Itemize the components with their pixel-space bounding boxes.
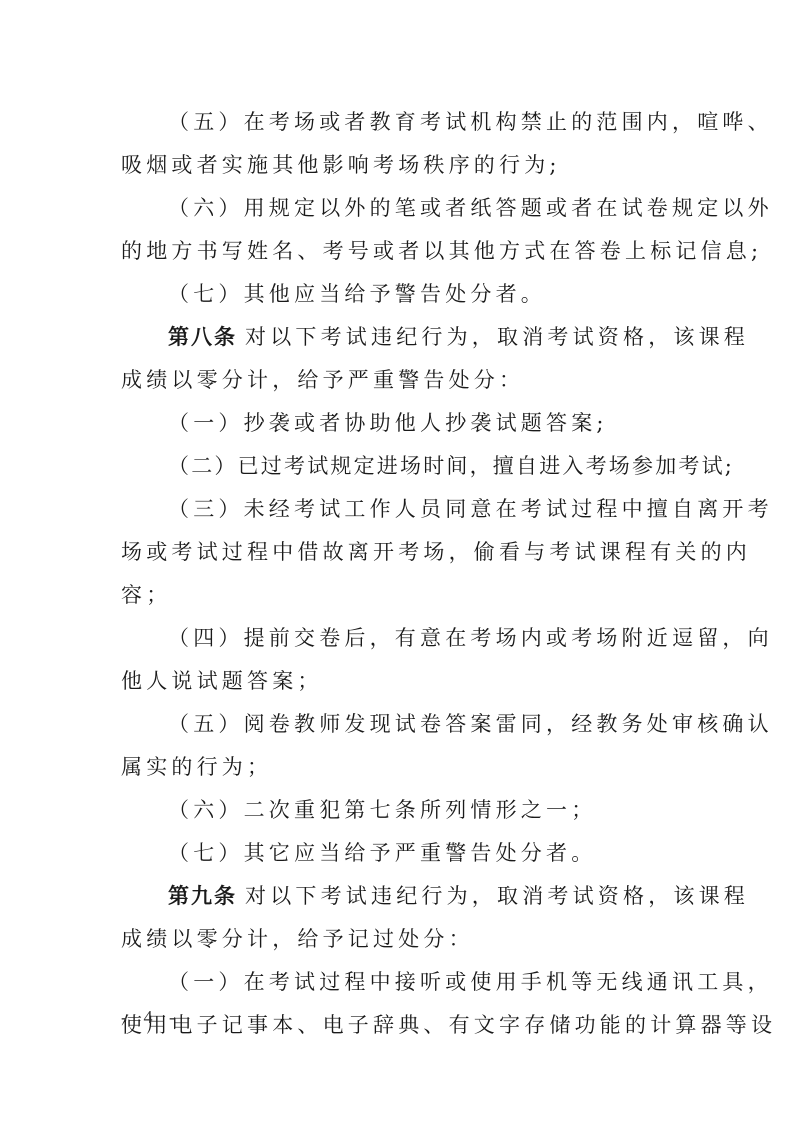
list-item: （六）二次重犯第七条所列情形之一； [121, 792, 673, 835]
text-line: 使用电子记事本、电子辞典、有文字存储功能的计算器等设 [121, 1007, 673, 1050]
text-line: 他人说试题答案； [121, 663, 673, 706]
list-item: （二）已过考试规定进场时间，擅自进入考场参加考试; [121, 448, 673, 491]
list-item: （一）抄袭或者协助他人抄袭试题答案; [121, 405, 673, 448]
text-line: 的地方书写姓名、考号或者以其他方式在答卷上标记信息; [121, 233, 673, 276]
article-8-heading-line: 第八条对以下考试违纪行为，取消考试资格，该课程 [121, 319, 673, 362]
list-item: （三）未经考试工作人员同意在考试过程中擅自离开考 [121, 491, 673, 534]
text-line: 场或考试过程中借故离开考场，偷看与考试课程有关的内 [121, 534, 673, 577]
text-line: 吸烟或者实施其他影响考场秩序的行为; [121, 147, 673, 190]
article-9-heading-line: 第九条对以下考试违纪行为，取消考试资格，该课程 [121, 878, 673, 921]
text-line: 容； [121, 577, 673, 620]
text-line: （七）其他应当给予警告处分者。 [121, 276, 673, 319]
document-page: （五）在考场或者教育考试机构禁止的范围内，喧哗、 吸烟或者实施其他影响考场秩序的… [121, 104, 673, 1050]
text-line: 属实的行为； [121, 749, 673, 792]
article-8-text: 对以下考试违纪行为，取消考试资格，该课程 [245, 325, 749, 349]
list-item: （五）阅卷教师发现试卷答案雷同，经教务处审核确认 [121, 706, 673, 749]
list-item: （四）提前交卷后，有意在考场内或考场附近逗留，向 [121, 620, 673, 663]
article-9-text: 对以下考试违纪行为，取消考试资格，该课程 [245, 884, 749, 908]
text-line: （六）用规定以外的笔或者纸答题或者在试卷规定以外 [121, 190, 673, 233]
text-line: 成绩以零分计，给予记过处分： [121, 921, 673, 964]
list-item: （七）其它应当给予严重警告处分者。 [121, 835, 673, 878]
text-line: 成绩以零分计，给予严重警告处分： [121, 362, 673, 405]
list-item: （一）在考试过程中接听或使用手机等无线通讯工具， [121, 964, 673, 1007]
article-8-label: 第八条 [168, 325, 237, 349]
article-9-label: 第九条 [168, 884, 237, 908]
text-line: （五）在考场或者教育考试机构禁止的范围内，喧哗、 [121, 104, 673, 147]
page-number: - 4 - [121, 1007, 181, 1028]
